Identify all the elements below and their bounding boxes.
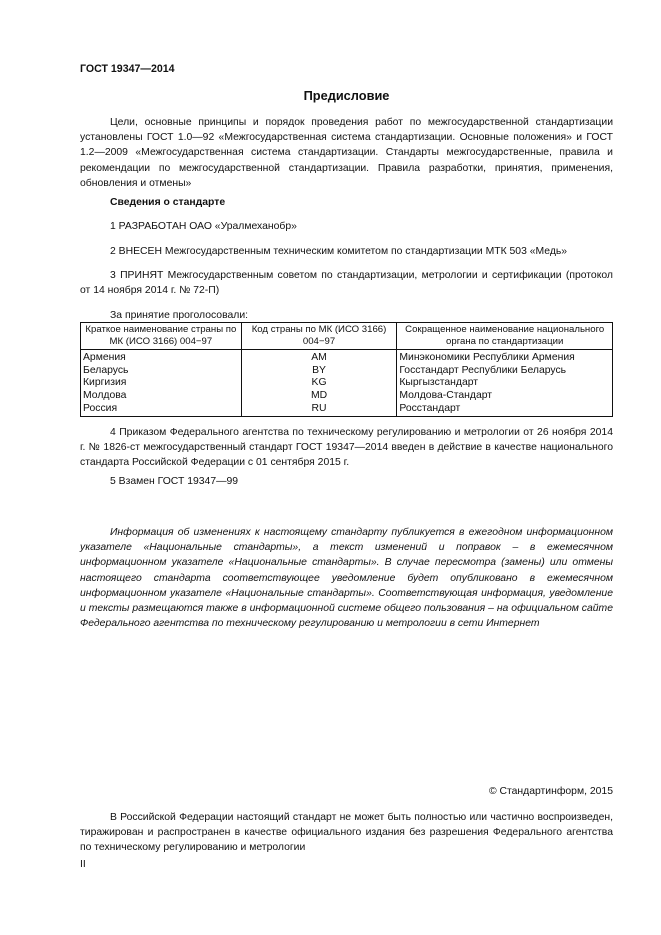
info-item-4: 4 Приказом Федерального агентства по тех… (80, 425, 613, 471)
country-cell: Армения (81, 350, 242, 365)
body-cell: Минэкономики Республики Армения (397, 350, 613, 365)
standard-info-heading: Сведения о стандарте (80, 195, 613, 210)
reproduction-notice: В Российской Федерации настоящий стандар… (80, 810, 613, 856)
header-body: Сокращенное наименование национального о… (397, 323, 613, 350)
code-cell: KG (241, 377, 397, 390)
table-row: Армения AM Минэкономики Республики Армен… (81, 350, 613, 365)
code-cell: MD (241, 390, 397, 403)
body-cell: Кыргызстандарт (397, 377, 613, 390)
info-item-3: 3 ПРИНЯТ Межгосударственным советом по с… (80, 268, 613, 298)
voting-countries-table: Краткое наименование страны по МК (ИСО 3… (80, 322, 613, 417)
header-code: Код страны по МК (ИСО 3166) 004−97 (241, 323, 397, 350)
amendments-notice: Информация об изменениях к настоящему ст… (80, 525, 613, 631)
header-country: Краткое наименование страны по МК (ИСО 3… (81, 323, 242, 350)
body-cell: Молдова-Стандарт (397, 390, 613, 403)
table-row: Молдова MD Молдова-Стандарт (81, 390, 613, 403)
page-number: II (80, 859, 86, 870)
document-code: ГОСТ 19347—2014 (80, 63, 175, 75)
code-cell: AM (241, 350, 397, 365)
info-item-2: 2 ВНЕСЕН Межгосударственным техническим … (80, 244, 613, 259)
code-cell: RU (241, 403, 397, 416)
country-cell: Беларусь (81, 365, 242, 378)
section-title: Предисловие (80, 88, 613, 103)
body-cell: Росстандарт (397, 403, 613, 416)
table-row: Беларусь BY Госстандарт Республики Белар… (81, 365, 613, 378)
country-cell: Молдова (81, 390, 242, 403)
info-item-5: 5 Взамен ГОСТ 19347—99 (80, 474, 613, 489)
intro-paragraph: Цели, основные принципы и порядок провед… (80, 115, 613, 191)
country-cell: Киргизия (81, 377, 242, 390)
copyright: © Стандартинформ, 2015 (80, 786, 613, 797)
voted-label: За принятие проголосовали: (80, 308, 613, 323)
table-row: Россия RU Росстандарт (81, 403, 613, 416)
info-item-1: 1 РАЗРАБОТАН ОАО «Уралмеханобр» (80, 219, 613, 234)
table-header-row: Краткое наименование страны по МК (ИСО 3… (81, 323, 613, 350)
code-cell: BY (241, 365, 397, 378)
body-cell: Госстандарт Республики Беларусь (397, 365, 613, 378)
country-cell: Россия (81, 403, 242, 416)
table-row: Киргизия KG Кыргызстандарт (81, 377, 613, 390)
